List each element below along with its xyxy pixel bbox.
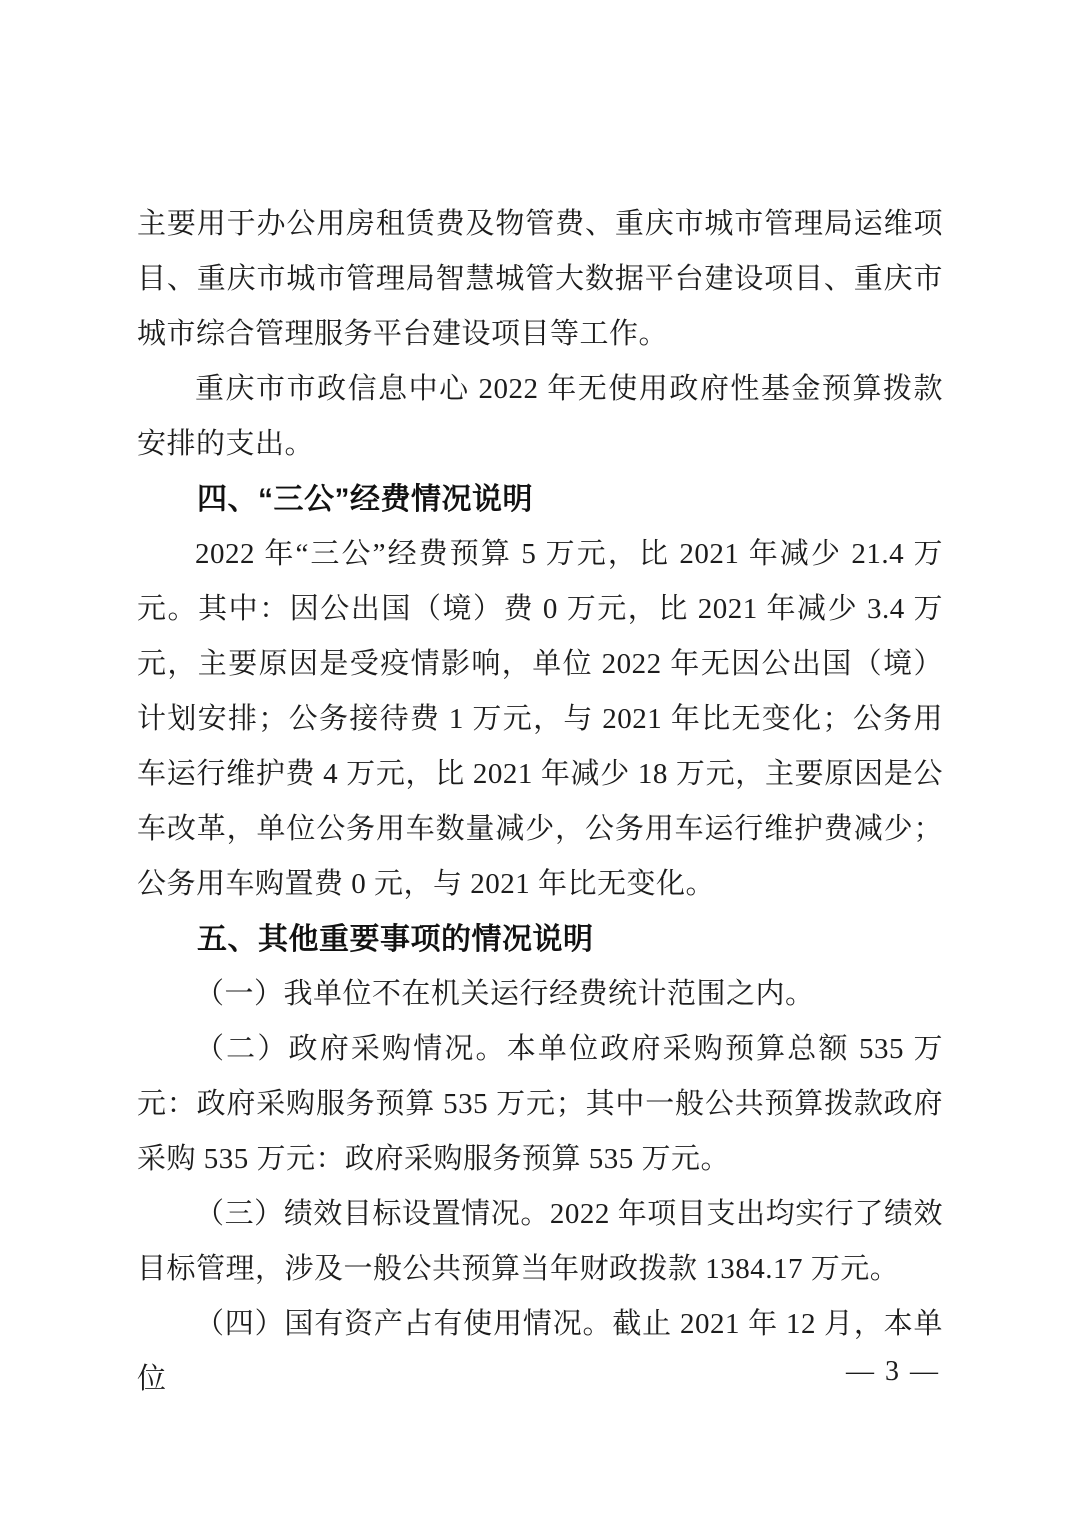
paragraph-three-public-expenses-detail: 2022 年“三公”经费预算 5 万元，比 2021 年减少 21.4 万元。其… (137, 527, 943, 912)
paragraph-office-projects-continuation: 主要用于办公用房租赁费及物管费、重庆市城市管理局运维项目、重庆市城市管理局智慧城… (137, 197, 943, 362)
paragraph-item-four-state-owned-assets: （四）国有资产占有使用情况。截止 2021 年 12 月，本单位 (137, 1297, 943, 1407)
paragraph-government-fund-budget: 重庆市市政信息中心 2022 年无使用政府性基金预算拨款安排的支出。 (137, 362, 943, 472)
paragraph-item-one-operating-expenses: （一）我单位不在机关运行经费统计范围之内。 (137, 967, 943, 1022)
paragraph-item-three-performance-targets: （三）绩效目标设置情况。2022 年项目支出均实行了绩效目标管理，涉及一般公共预… (137, 1187, 943, 1297)
heading-section-five-other-important-matters: 五、其他重要事项的情况说明 (137, 912, 943, 967)
page-number: — 3 — (846, 1352, 940, 1392)
document-content: 主要用于办公用房租赁费及物管费、重庆市城市管理局运维项目、重庆市城市管理局智慧城… (137, 197, 943, 1407)
paragraph-item-two-government-procurement: （二）政府采购情况。本单位政府采购预算总额 535 万元：政府采购服务预算 53… (137, 1022, 943, 1187)
document-page: 主要用于办公用房租赁费及物管费、重庆市城市管理局运维项目、重庆市城市管理局智慧城… (0, 0, 1074, 1520)
heading-section-four-three-public-expenses: 四、“三公”经费情况说明 (137, 472, 943, 527)
